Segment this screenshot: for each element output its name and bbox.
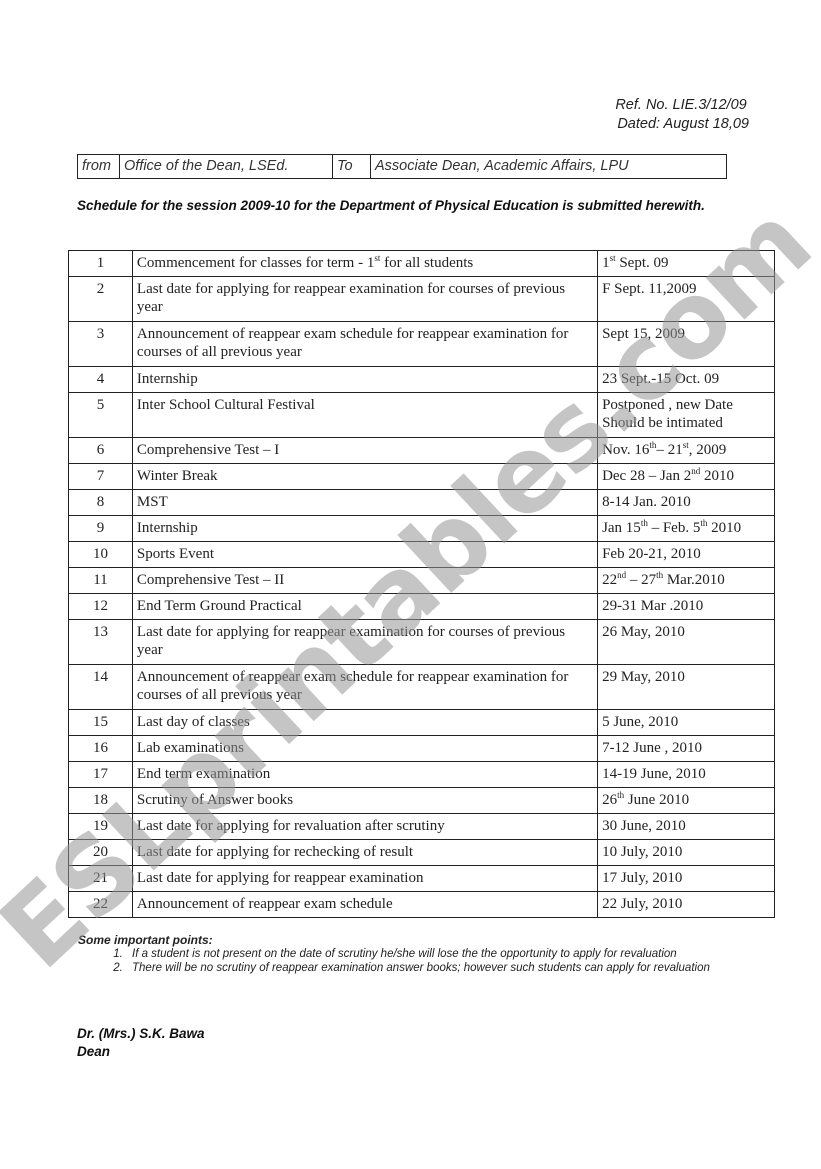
event-cell: Comprehensive Test – II [132,568,597,594]
event-cell: Announcement of reappear exam schedule f… [132,322,597,367]
table-row: 6Comprehensive Test – INov. 16th– 21st, … [69,438,775,464]
table-row: 15Last day of classes5 June, 2010 [69,710,775,736]
table-row: 21Last date for applying for reappear ex… [69,866,775,892]
event-cell: Lab examinations [132,736,597,762]
event-cell: Sports Event [132,542,597,568]
table-row: 9InternshipJan 15th – Feb. 5th 2010 [69,516,775,542]
table-row: 11Comprehensive Test – II22nd – 27th Mar… [69,568,775,594]
note-item: If a student is not present on the date … [126,947,710,961]
event-cell: End Term Ground Practical [132,594,597,620]
table-row: 18Scrutiny of Answer books26th June 2010 [69,788,775,814]
row-number: 14 [69,665,133,710]
row-number: 11 [69,568,133,594]
row-number: 16 [69,736,133,762]
row-number: 5 [69,393,133,438]
event-cell: Announcement of reappear exam schedule f… [132,665,597,710]
date-cell: 22nd – 27th Mar.2010 [598,568,775,594]
table-row: 22Announcement of reappear exam schedule… [69,892,775,918]
date-cell: Jan 15th – Feb. 5th 2010 [598,516,775,542]
intro-paragraph: Schedule for the session 2009-10 for the… [77,197,748,215]
date-cell: Sept 15, 2009 [598,322,775,367]
date-cell: 7-12 June , 2010 [598,736,775,762]
notes-heading: Some important points: [78,933,710,947]
event-cell: Last date for applying for reappear exam… [132,277,597,322]
signatory-name: Dr. (Mrs.) S.K. Bawa [77,1025,205,1043]
reference-block: Ref. No. LIE.3/12/09 Dated: August 18,09 [617,96,749,134]
date-cell: Postponed , new DateShould be intimated [598,393,775,438]
row-number: 22 [69,892,133,918]
table-row: 10Sports EventFeb 20-21, 2010 [69,542,775,568]
row-number: 17 [69,762,133,788]
event-cell: Winter Break [132,464,597,490]
from-to-box: from Office of the Dean, LSEd. To Associ… [77,154,727,179]
to-label: To [333,155,371,178]
row-number: 7 [69,464,133,490]
signature-block: Dr. (Mrs.) S.K. Bawa Dean [77,1025,205,1061]
date-cell: 22 July, 2010 [598,892,775,918]
table-row: 1Commencement for classes for term - 1st… [69,251,775,277]
to-value: Associate Dean, Academic Affairs, LPU [371,155,726,178]
table-row: 14Announcement of reappear exam schedule… [69,665,775,710]
event-cell: Announcement of reappear exam schedule [132,892,597,918]
reference-number: Ref. No. LIE.3/12/09 [615,96,749,115]
date-cell: 10 July, 2010 [598,840,775,866]
event-cell: Internship [132,367,597,393]
table-row: 16Lab examinations7-12 June , 2010 [69,736,775,762]
event-cell: Last day of classes [132,710,597,736]
date-cell: 23 Sept.-15 Oct. 09 [598,367,775,393]
row-number: 13 [69,620,133,665]
row-number: 10 [69,542,133,568]
event-cell: Last date for applying for reappear exam… [132,866,597,892]
event-cell: Internship [132,516,597,542]
row-number: 4 [69,367,133,393]
event-cell: Last date for applying for reappear exam… [132,620,597,665]
event-cell: Commencement for classes for term - 1st … [132,251,597,277]
signatory-title: Dean [77,1043,205,1061]
document-date: Dated: August 18,09 [617,115,749,134]
table-row: 12End Term Ground Practical29-31 Mar .20… [69,594,775,620]
row-number: 19 [69,814,133,840]
row-number: 12 [69,594,133,620]
schedule-table: 1Commencement for classes for term - 1st… [68,250,775,918]
event-cell: MST [132,490,597,516]
event-cell: Comprehensive Test – I [132,438,597,464]
important-points: Some important points: If a student is n… [78,933,710,975]
date-cell: 5 June, 2010 [598,710,775,736]
row-number: 20 [69,840,133,866]
row-number: 21 [69,866,133,892]
note-item: There will be no scrutiny of reappear ex… [126,961,710,975]
from-label: from [78,155,120,178]
date-cell: 8-14 Jan. 2010 [598,490,775,516]
table-row: 13Last date for applying for reappear ex… [69,620,775,665]
row-number: 6 [69,438,133,464]
notes-list: If a student is not present on the date … [78,947,710,975]
event-cell: Inter School Cultural Festival [132,393,597,438]
date-cell: 1st Sept. 09 [598,251,775,277]
row-number: 1 [69,251,133,277]
date-cell: 30 June, 2010 [598,814,775,840]
table-row: 2Last date for applying for reappear exa… [69,277,775,322]
date-cell: 17 July, 2010 [598,866,775,892]
table-row: 7Winter BreakDec 28 – Jan 2nd 2010 [69,464,775,490]
event-cell: Last date for applying for rechecking of… [132,840,597,866]
event-cell: End term examination [132,762,597,788]
table-row: 19Last date for applying for revaluation… [69,814,775,840]
from-value: Office of the Dean, LSEd. [120,155,333,178]
date-cell: F Sept. 11,2009 [598,277,775,322]
table-row: 8MST8-14 Jan. 2010 [69,490,775,516]
event-cell: Last date for applying for revaluation a… [132,814,597,840]
date-cell: Dec 28 – Jan 2nd 2010 [598,464,775,490]
date-cell: Feb 20-21, 2010 [598,542,775,568]
row-number: 2 [69,277,133,322]
row-number: 18 [69,788,133,814]
date-cell: Nov. 16th– 21st, 2009 [598,438,775,464]
event-cell: Scrutiny of Answer books [132,788,597,814]
date-cell: 29-31 Mar .2010 [598,594,775,620]
row-number: 9 [69,516,133,542]
date-cell: 26th June 2010 [598,788,775,814]
table-row: 17End term examination14-19 June, 2010 [69,762,775,788]
date-cell: 26 May, 2010 [598,620,775,665]
row-number: 3 [69,322,133,367]
table-row: 5Inter School Cultural FestivalPostponed… [69,393,775,438]
row-number: 15 [69,710,133,736]
date-cell: 14-19 June, 2010 [598,762,775,788]
table-row: 4Internship23 Sept.-15 Oct. 09 [69,367,775,393]
table-row: 20Last date for applying for rechecking … [69,840,775,866]
date-cell: 29 May, 2010 [598,665,775,710]
table-row: 3Announcement of reappear exam schedule … [69,322,775,367]
row-number: 8 [69,490,133,516]
